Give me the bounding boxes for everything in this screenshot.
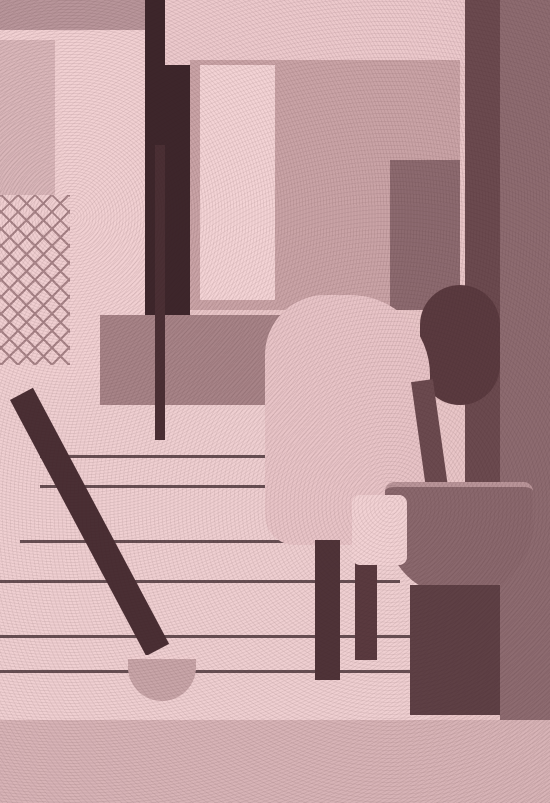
film-grain [0, 0, 550, 803]
photograph: Vintage pink-tinted halftone photograph … [0, 0, 550, 803]
